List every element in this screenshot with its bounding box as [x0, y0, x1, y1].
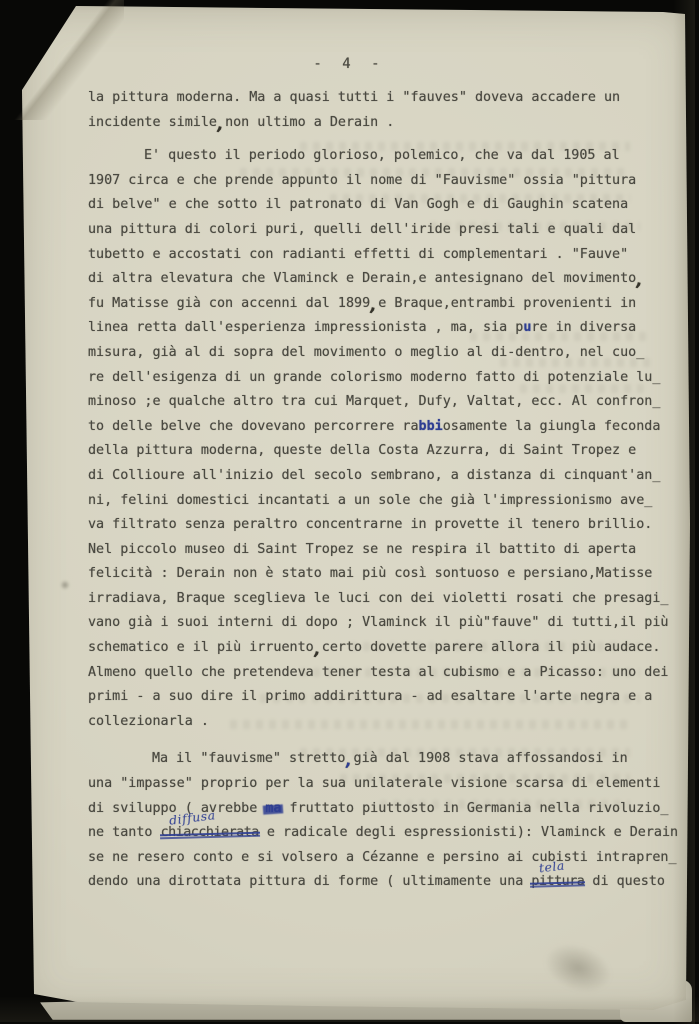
text-line: fu Matisse già con accenni dal 1899,e Br… [88, 292, 688, 317]
typed-segment: Nel piccolo museo di Saint Tropez se ne … [88, 542, 636, 557]
typed-segment: re in diversa [531, 320, 636, 335]
text-line: di Collioure all'inizio del secolo sembr… [88, 464, 688, 489]
text-line: di belve" e che sotto il patronato di Va… [88, 193, 688, 218]
typed-segment: una "impasse" proprio per la sua unilate… [88, 776, 660, 791]
typed-segment: una pittura di colori puri, quelli dell'… [88, 222, 636, 237]
typed-segment: tubetto e accostati con radianti effetti… [88, 247, 628, 262]
typed-segment: fu Matisse già con accenni dal 1899 [88, 296, 370, 311]
page-number: - 4 - [0, 56, 699, 72]
text-line: di altra elevatura che Vlaminck e Derain… [88, 267, 688, 292]
text-line: dendo una dirottata pittura di forme ( u… [88, 870, 688, 895]
paragraph: la pittura moderna. Ma a quasi tutti i "… [88, 86, 688, 135]
handwritten-correction: tela [538, 854, 567, 882]
typed-segment: E' questo il periodo glorioso, polemico,… [144, 148, 620, 163]
text-line: misura, già al di sopra del movimento o … [88, 341, 688, 366]
typed-segment: dendo una dirottata pittura di forme ( u… [88, 874, 531, 889]
text-line: collezionarla . [88, 710, 688, 735]
text-line: re dell'esigenza di un grande colorismo … [88, 366, 688, 391]
typed-segment: se ne resero conto e si volsero a Cézann… [88, 850, 677, 865]
text-line: 1907 circa e che prende appunto il nome … [88, 169, 688, 194]
handwritten-scribble-mark: ma [265, 797, 281, 822]
handwritten-over-mark: u [523, 320, 531, 335]
text-line: Almeno quello che pretendeva tener testa… [88, 661, 688, 686]
typed-segment: vano già i suoi interni di dopo ; Vlamin… [88, 615, 668, 630]
typed-segment: di altra elevatura che Vlaminck e Derain… [88, 271, 636, 286]
text-line: felicità : Derain non è stato mai più co… [88, 562, 688, 587]
typed-segment: irradiava, Braque sceglieva le luci con … [88, 591, 668, 606]
scanned-document-page: - 4 - la pittura moderna. Ma a quasi tut… [0, 0, 699, 1024]
text-line: incidente simile,non ultimo a Derain . [88, 111, 688, 136]
handwritten-over-mark: bbi [419, 419, 443, 434]
typed-segment: della pittura moderna, queste della Cost… [88, 443, 636, 458]
text-line: una "impasse" proprio per la sua unilate… [88, 772, 688, 797]
typed-segment: linea retta dall'esperienza impressionis… [88, 320, 523, 335]
typed-segment: di Collioure all'inizio del secolo sembr… [88, 468, 660, 483]
typed-segment: e Braque,entrambi provenienti in [378, 296, 636, 311]
typed-segment: felicità : Derain non è stato mai più co… [88, 566, 652, 581]
typed-segment: collezionarla . [88, 714, 209, 729]
typed-segment: minoso ;e qualche altro tra cui Marquet,… [88, 394, 660, 409]
text-line: Nel piccolo museo di Saint Tropez se ne … [88, 538, 688, 563]
typed-segment: Ma il "fauvisme" stretto [152, 751, 345, 766]
handwritten-strike-mark: chiacchieratadiffusa [161, 821, 259, 846]
typed-segment: va filtrato senza peraltro concentrarne … [88, 517, 652, 532]
typed-segment: non ultimo a Derain . [225, 115, 394, 130]
typed-text: la pittura moderna. Ma a quasi tutti i "… [88, 86, 688, 895]
text-line: della pittura moderna, queste della Cost… [88, 439, 688, 464]
typed-segment: 1907 circa e che prende appunto il nome … [88, 173, 636, 188]
text-line: tubetto e accostati con radianti effetti… [88, 243, 688, 268]
text-line: ne tanto chiacchieratadiffusa e radicale… [88, 821, 688, 846]
typed-segment: e radicale degli espressionisti): Vlamin… [259, 825, 678, 840]
typed-segment: to delle belve che dovevano percorrere r… [88, 419, 419, 434]
typed-segment: di belve" e che sotto il patronato di Va… [88, 197, 628, 212]
typed-segment: la pittura moderna. Ma a quasi tutti i "… [88, 90, 620, 105]
typed-segment: fruttato piuttosto in Germania nella riv… [282, 801, 669, 816]
text-line: to delle belve che dovevano percorrere r… [88, 415, 688, 440]
typed-segment: di questo [584, 874, 665, 889]
text-line: vano già i suoi interni di dopo ; Vlamin… [88, 611, 688, 636]
typed-segment: Almeno quello che pretendeva tener testa… [88, 665, 668, 680]
handwritten-strike-mark: pitturatela [531, 870, 584, 895]
typed-segment: osamente la giungla feconda [443, 419, 661, 434]
paragraph: Ma il "fauvisme" stretto,già dal 1908 st… [88, 747, 688, 895]
typed-segment: certo dovette parere allora il più audac… [322, 640, 661, 655]
paragraph: E' questo il periodo glorioso, polemico,… [88, 144, 688, 734]
text-line: linea retta dall'esperienza impressionis… [88, 316, 688, 341]
text-line: minoso ;e qualche altro tra cui Marquet,… [88, 390, 688, 415]
typed-segment: primi - a suo dire il primo addirittura … [88, 689, 652, 704]
text-line: ni, felini domestici incantati a un sole… [88, 489, 688, 514]
text-line: va filtrato senza peraltro concentrarne … [88, 513, 688, 538]
typed-segment: re dell'esigenza di un grande colorismo … [88, 370, 660, 385]
text-line: E' questo il periodo glorioso, polemico,… [88, 144, 688, 169]
typed-segment: misura, già al di sopra del movimento o … [88, 345, 644, 360]
text-line: irradiava, Braque sceglieva le luci con … [88, 587, 688, 612]
text-line: Ma il "fauvisme" stretto,già dal 1908 st… [88, 747, 688, 772]
text-line: primi - a suo dire il primo addirittura … [88, 685, 688, 710]
text-line: una pittura di colori puri, quelli dell'… [88, 218, 688, 243]
typed-segment: ni, felini domestici incantati a un sole… [88, 493, 652, 508]
text-line: schematico e il più irruento,certo dovet… [88, 636, 688, 661]
text-line: la pittura moderna. Ma a quasi tutti i "… [88, 86, 688, 111]
typed-segment: ne tanto [88, 825, 161, 840]
typed-segment: schematico e il più irruento [88, 640, 314, 655]
text-line: se ne resero conto e si volsero a Cézann… [88, 846, 688, 871]
typed-segment: incidente simile [88, 115, 217, 130]
typed-segment: già dal 1908 stava affossandosi in [354, 751, 628, 766]
handwritten-correction: diffusa [167, 803, 216, 833]
